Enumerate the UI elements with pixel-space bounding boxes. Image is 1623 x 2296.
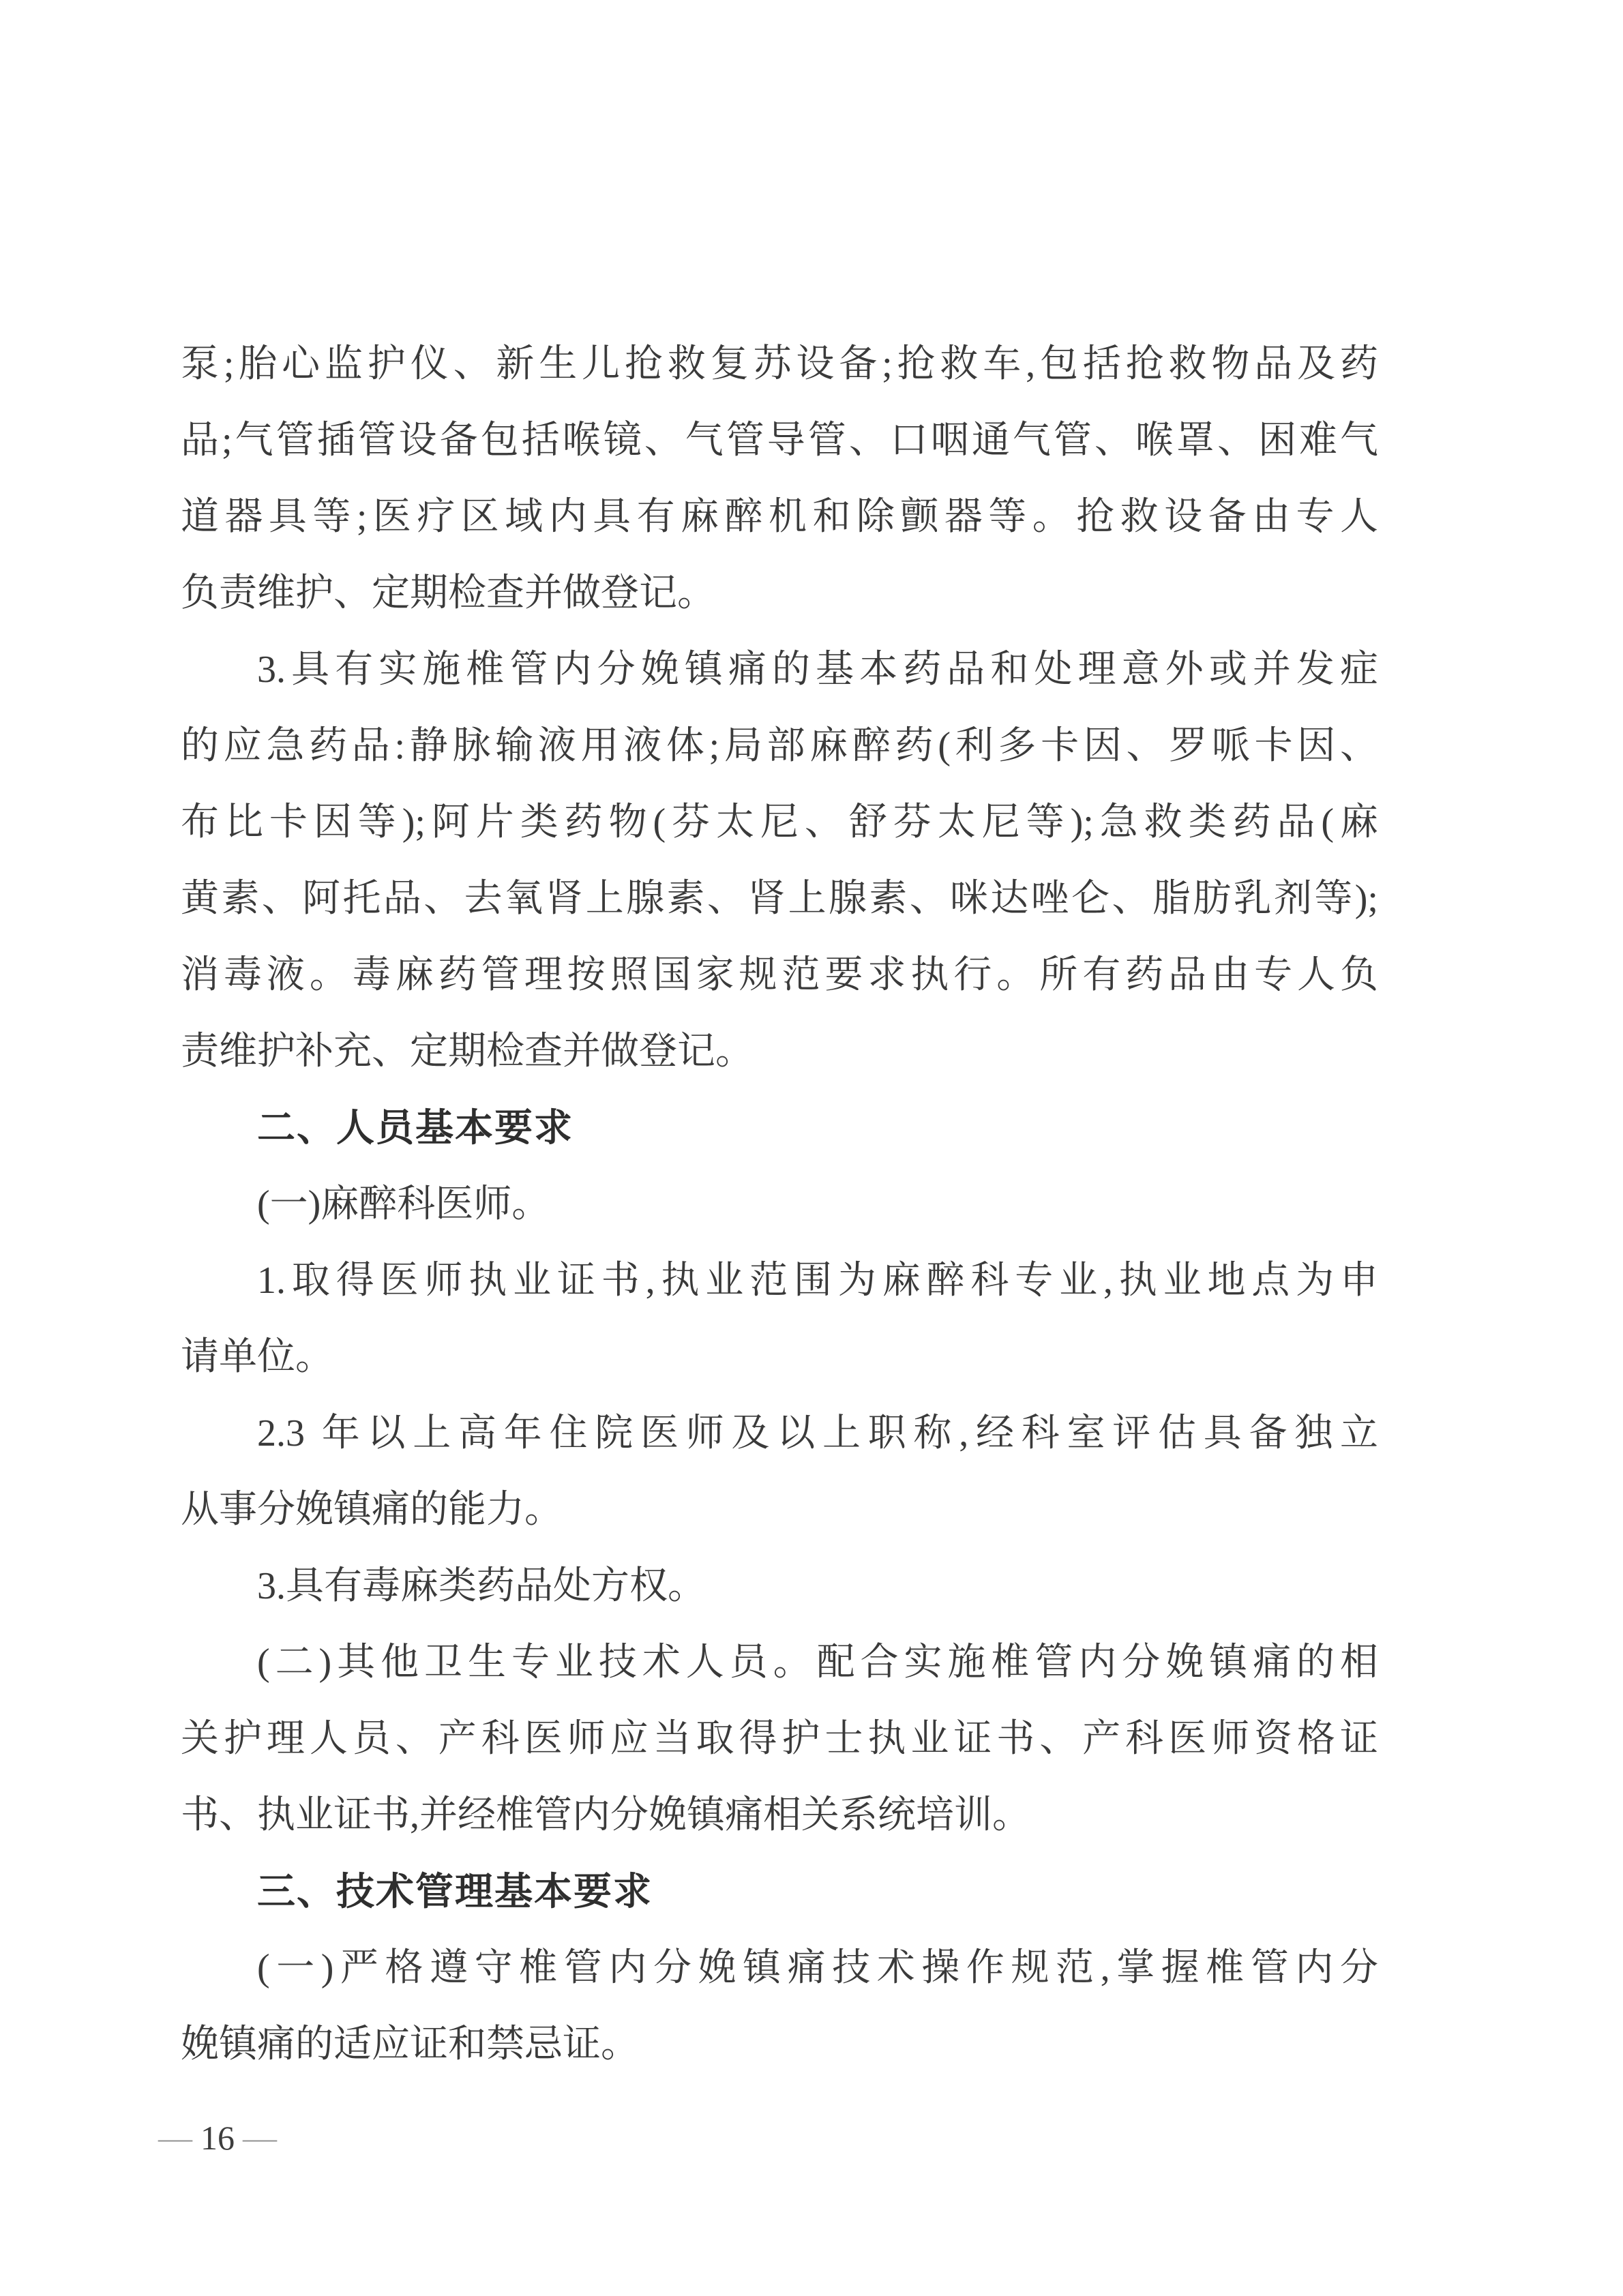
section-heading: 三、技术管理基本要求 — [181, 1853, 1378, 1930]
text-line: 2.3 年以上高年住院医师及以上职称,经科室评估具备独立 — [181, 1395, 1378, 1472]
text-line: 请单位。 — [181, 1319, 1378, 1395]
text-line: 3.具有实施椎管内分娩镇痛的基本药品和处理意外或并发症 — [181, 631, 1378, 708]
text-line: 娩镇痛的适应证和禁忌证。 — [181, 2006, 1378, 2083]
text-line: (一)严格遵守椎管内分娩镇痛技术操作规范,掌握椎管内分 — [181, 1930, 1378, 2006]
text-line: 道器具等;医疗区域内具有麻醉机和除颤器等。抢救设备由专人 — [181, 479, 1378, 555]
page-number: 16 — [200, 2116, 235, 2160]
text-line: 黄素、阿托品、去氧肾上腺素、肾上腺素、咪达唑仑、脂肪乳剂等); — [181, 861, 1378, 937]
text-line: (二)其他卫生专业技术人员。配合实施椎管内分娩镇痛的相 — [181, 1624, 1378, 1701]
text-line: 书、执业证书,并经椎管内分娩镇痛相关系统培训。 — [181, 1777, 1378, 1853]
text-line: 品;气管插管设备包括喉镜、气管导管、口咽通气管、喉罩、困难气 — [181, 402, 1378, 479]
text-line: 负责维护、定期检查并做登记。 — [181, 555, 1378, 631]
footer-dash-left: — — [158, 2121, 192, 2154]
text-line: 1.取得医师执业证书,执业范围为麻醉科专业,执业地点为申 — [181, 1242, 1378, 1319]
text-line: 责维护补充、定期检查并做登记。 — [181, 1013, 1378, 1090]
text-line: 布比卡因等);阿片类药物(芬太尼、舒芬太尼等);急救类药品(麻 — [181, 784, 1378, 861]
text-line: 3.具有毒麻类药品处方权。 — [181, 1548, 1378, 1624]
page-footer: — 16 — — [158, 2116, 277, 2160]
text-line: (一)麻醉科医师。 — [181, 1166, 1378, 1242]
section-heading: 二、人员基本要求 — [181, 1090, 1378, 1166]
text-line: 消毒液。毒麻药管理按照国家规范要求执行。所有药品由专人负 — [181, 937, 1378, 1013]
text-line: 关护理人员、产科医师应当取得护士执业证书、产科医师资格证 — [181, 1701, 1378, 1777]
text-line: 从事分娩镇痛的能力。 — [181, 1472, 1378, 1548]
text-line: 的应急药品:静脉输液用液体;局部麻醉药(利多卡因、罗哌卡因、 — [181, 708, 1378, 784]
footer-dash-right: — — [243, 2121, 277, 2154]
document-body: 泵;胎心监护仪、新生儿抢救复苏设备;抢救车,包括抢救物品及药 品;气管插管设备包… — [181, 326, 1378, 2083]
document-page: 泵;胎心监护仪、新生儿抢救复苏设备;抢救车,包括抢救物品及药 品;气管插管设备包… — [0, 0, 1623, 2296]
text-line: 泵;胎心监护仪、新生儿抢救复苏设备;抢救车,包括抢救物品及药 — [181, 326, 1378, 402]
